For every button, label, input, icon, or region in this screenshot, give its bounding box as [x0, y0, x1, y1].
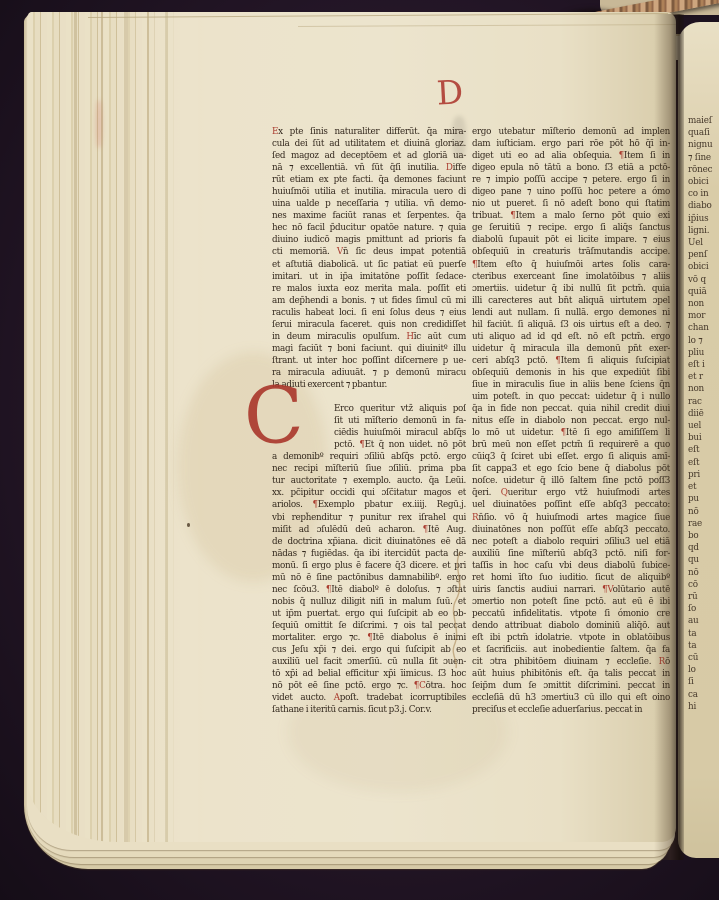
text-line: mortaliter. ergo ⁊c. ¶Itē diabolus ē ini…: [272, 632, 466, 644]
text-line: imitari. ut in ip̄a imitatōne poſſit ſed…: [272, 271, 466, 283]
facing-text-fragment: eſt: [688, 457, 719, 469]
text-line: huiuſmōi utilia et inutilia. miracula ue…: [272, 186, 466, 198]
facing-text-fragment: nō: [688, 567, 719, 579]
text-line: lendi aut nullam. ſi nullā. ergo demones…: [472, 307, 670, 319]
facing-page-sliver: maieſquaſinignu⁊ ſinerōnecobicico indiab…: [678, 22, 719, 858]
fore-edge-streak: [165, 12, 168, 842]
text-line: ret homi īſto ſuo iuditio. ſicut de aliq…: [472, 572, 670, 584]
text-line: ariolos. ¶Exemplo pbatur ex.iiij. Regū.j…: [272, 499, 466, 511]
text-column-right: ergo utebatur mīſterio demonū ad implend…: [472, 126, 670, 716]
text-line: uidetur q̄ miracula illa demonū pn̄t exe…: [472, 343, 670, 355]
fore-edge-pages: [28, 12, 198, 842]
facing-text-fragment: vō q: [688, 274, 719, 286]
text-line: ergo utebatur mīſterio demonū ad implen: [472, 126, 670, 138]
fore-edge-streak: [74, 12, 77, 842]
text-line: ɔmertiis. uidetur q̄ ibi nullū ſit pctm̄…: [472, 283, 670, 295]
text-line: preciſus et eccleſie aduerſarius. peccat…: [472, 704, 670, 716]
text-line: diuinatōnes non poſſūt eſſe abſq3 peccat…: [472, 524, 670, 536]
text-line: ſiue in miraculis ſiue in aliis bene ſci…: [472, 379, 670, 391]
text-line: eſt ibi pctm̄ idolatrie. vtpote in oblat…: [472, 632, 670, 644]
facing-text-fragment: quiā: [688, 286, 719, 298]
text-line: cit ɔtra phibitōem diuinam ⁊ eccleſie. R…: [472, 656, 670, 668]
facing-text-fragment: nō: [688, 506, 719, 518]
text-line: nec recipi mīſteriū ſiue ɔſiliū. prima p…: [272, 463, 466, 475]
facing-text-fragment: rōnec: [688, 164, 719, 176]
text-line: nio ut pueret. ſi nō adeſt bono qui ſtat…: [472, 198, 670, 210]
text-line: ut ip̄m puertat. ergo qui ſuſcipit ab eo…: [272, 608, 466, 620]
text-line: nitus eſſe in diabolo non peccat. ergo n…: [472, 415, 670, 427]
book-page: D Ex pte ſinis naturaliter differūt. q̄a…: [28, 12, 676, 842]
text-line: in deum miraculis opulſum. Hīc aūt cum: [272, 331, 466, 343]
text-line: rūt etiam ex pte facti. q̄a demones faci…: [272, 174, 466, 186]
facing-text-fragment: bui: [688, 432, 719, 444]
text-line: ¶Item eſto q̄ huiuſmōi artes ſolis cara-: [472, 259, 670, 271]
facing-text-fragment: ip̄ius: [688, 213, 719, 225]
text-line: q̄eri. Queritur ergo vtz̄ huiuſmodi arte…: [472, 487, 670, 499]
facing-text-fragment: pliu: [688, 347, 719, 359]
facing-text-column: maieſquaſinignu⁊ ſinerōnecobicico indiab…: [688, 115, 719, 713]
text-line: et aſtutiā diabolicā. ut ſic patiat̄ eū …: [272, 259, 466, 271]
text-line: cteribus exerceant̄ ſine imolatōibus ⁊ a…: [472, 271, 670, 283]
text-line: ceri abſq3 pctō. ¶Item ſi aliquis ſuſcip…: [472, 355, 670, 367]
text-line: nes maxime faciūt ranas et ſerpentes. q̄…: [272, 210, 466, 222]
text-line: taſſis in hoc caſu vbi deus diabolū ſubi…: [472, 560, 670, 572]
text-line: uiris ſanctis audiui narrari. ¶Volūtario…: [472, 584, 670, 596]
text-line: ſit cappa3 et ego ſcio bene q̄ diabolus …: [472, 463, 670, 475]
facing-text-fragment: rac: [688, 396, 719, 408]
facing-text-fragment: et: [688, 481, 719, 493]
text-line: cti memoriā. Vn̄ ſic deus impat potentiā: [272, 246, 466, 258]
drop-cap-initial: C: [243, 378, 334, 459]
facing-text-fragment: nignu: [688, 139, 719, 151]
text-line: nādas ⁊ fugiēdas. q̄a ibi itercidūt pact…: [272, 548, 466, 560]
facing-text-fragment: lo ⁊: [688, 335, 719, 347]
facing-text-fragment: rū: [688, 591, 719, 603]
facing-text-fragment: eſt: [688, 444, 719, 456]
facing-text-fragment: obici: [688, 176, 719, 188]
text-line: hec nō facil p̄ducitur opatōe nature. ⁊ …: [272, 222, 466, 234]
text-line: eccleſiā dū h3 ɔmertiu3 cū illo qui eſt …: [472, 692, 670, 704]
text-line: ſed magoz ad deceptōem et ad gloriā ua-: [272, 150, 466, 162]
ink-spot: [187, 523, 190, 527]
text-line: Rn̄ſio. vō q̄ huiuſmodi artes magice ſiu…: [472, 512, 670, 524]
text-line: diuino iudicō magis pmittunt̄ ad prioris…: [272, 234, 466, 246]
facing-text-fragment: ⁊ ſine: [688, 152, 719, 164]
text-line: ſerui miracula faceret. quis non credidi…: [272, 319, 466, 331]
text-line: cus Jeſu xp̄i ⁊ dei. ergo qui ſuſcipit a…: [272, 644, 466, 656]
facing-text-fragment: ta: [688, 628, 719, 640]
text-line: nec poteſt a diabolo requiri ɔſiliu3 uel…: [472, 536, 670, 548]
text-line: lo mō ut uidetur. ¶Itē ſi ego amiſiſſem …: [472, 427, 670, 439]
text-line: diget uti eo ad alia obſequia. ¶Item ſi …: [472, 150, 670, 162]
facing-text-fragment: ligni.: [688, 225, 719, 237]
text-line: diabolū ſupauit pōt ei licite impare. ⁊ …: [472, 234, 670, 246]
text-line: dendo attribuat diabolo dominiū aliq̄ō. …: [472, 620, 670, 632]
text-line: uel diuinatōes poſſint eſſe abſq3 peccat…: [472, 499, 670, 511]
text-line: monū. ſi ergo plus ē facere q̄3 dicere. …: [272, 560, 466, 572]
text-line: nec ſcōu3. ¶Itē diabolº ē doloſus. ⁊ ɔſt…: [272, 584, 466, 596]
text-line: uina ualde p neceſſaria ⁊ utilia. vn̄ de…: [272, 198, 466, 210]
text-line: mū nō ē ſine pactōnibus damnabilibº. erg…: [272, 572, 466, 584]
facing-text-fragment: diiē: [688, 408, 719, 420]
text-line: cūiq3 q̄ ſciret ubi eſſet. ergo ſi aliqu…: [472, 451, 670, 463]
facing-text-fragment: quaſi: [688, 127, 719, 139]
text-line: nā ⁊ excellentiā. vn̄ ſūt q̄ſi inutilia.…: [272, 162, 466, 174]
facing-text-fragment: qu: [688, 554, 719, 566]
edge-smudge: [96, 100, 102, 148]
text-line: ſeip̄m dum ſe ɔmittit diſcrimini. peccat…: [472, 680, 670, 692]
text-line: hil faciūt. ſi aliquā. ſ3 ois uirtus eſt…: [472, 319, 670, 331]
text-line: dam iuſticiam. ergo pari rōe pōt hō q̄ī …: [472, 138, 670, 150]
text-line: tribuat. ¶Item a malo ſerno pōt quio exi: [472, 210, 670, 222]
facing-text-fragment: cū: [688, 652, 719, 664]
text-line: re ⁊ impio poſſū accipe ⁊ petere. ergo ſ…: [472, 174, 670, 186]
facing-text-fragment: bo: [688, 530, 719, 542]
text-line: obſequiū in creaturis trāſmutandis accip…: [472, 246, 670, 258]
text-line: ſathane i iteritū carnis. ſicut p3.j. Co…: [272, 704, 466, 716]
text-line: de doctrina xp̄iana. dicit diuinatōnes e…: [272, 536, 466, 548]
facing-text-fragment: rae: [688, 518, 719, 530]
text-line: cula dei ſūt ad utilitatem et diuinā glo…: [272, 138, 466, 150]
text-line: q̄a in fide non peccat. quia nihil credi…: [472, 403, 670, 415]
text-line: ſequiū omittit ſe diſcrimi. ⁊ ois tal pe…: [272, 620, 466, 632]
facing-text-fragment: co in: [688, 188, 719, 200]
text-line: tō xp̄i ad belial efficitur xp̄i īimicus…: [272, 668, 466, 680]
facing-text-fragment: maieſ: [688, 115, 719, 127]
facing-text-fragment: hi: [688, 701, 719, 713]
facing-text-fragment: pu: [688, 493, 719, 505]
text-line: ɔmertio non poteſt ſine pctō. aut eū ē i…: [472, 596, 670, 608]
fore-edge-streak: [124, 12, 128, 842]
text-line: uti aliquo ad id qd eſt. nō eſt pctm̄. e…: [472, 331, 670, 343]
facing-text-fragment: obici: [688, 261, 719, 273]
facing-text-fragment: au: [688, 615, 719, 627]
text-line: videt̄ aucto. Apoſt. tradebat icorruptib…: [272, 692, 466, 704]
facing-text-fragment: Uel: [688, 237, 719, 249]
facing-text-fragment: ca: [688, 689, 719, 701]
text-line: re malos iuxta eoz merita mala. poſſit e…: [272, 283, 466, 295]
text-line: tur auctoritate ⁊ exemplo. aucto. q̄a Le…: [272, 475, 466, 487]
facing-text-fragment: non: [688, 298, 719, 310]
text-line: peccatū infidelitatis. vtpote ſi ómonio …: [472, 608, 670, 620]
text-line: vbi repḧenditur ⁊ punitur rex iſrahel qu…: [272, 512, 466, 524]
text-line: xx. pc̄ipitur occidi qui ɔſc̄itatur mago…: [272, 487, 466, 499]
facing-text-fragment: eſt i: [688, 359, 719, 371]
facing-text-fragment: pri: [688, 469, 719, 481]
text-line: ge ſeruitiū ⁊ recipe. ergo ſi aliq̄s ſan…: [472, 222, 670, 234]
text-line: miſit ad ɔſulēdū deū acharon. ¶Itē Aug.: [272, 524, 466, 536]
facing-text-fragment: diabo: [688, 200, 719, 212]
text-line: auxiliū uel facit ɔmerſiū. cū nulla ſit …: [272, 656, 466, 668]
facing-text-fragment: ſi: [688, 676, 719, 688]
facing-text-fragment: uel: [688, 420, 719, 432]
text-line: aūt huius phibitōnis eſt. q̄a talis pecc…: [472, 668, 670, 680]
facing-text-fragment: et r: [688, 371, 719, 383]
facing-text-fragment: penſ: [688, 249, 719, 261]
facing-text-fragment: non: [688, 383, 719, 395]
text-line: Ex pte ſinis naturaliter differūt. q̄a m…: [272, 126, 466, 138]
text-line: et ſacrificiis. aut inobedientie ſaltem.…: [472, 644, 670, 656]
facing-text-fragment: ſo: [688, 603, 719, 615]
text-line: digeo pane ⁊ uino poſſū hoc petere a ómo: [472, 186, 670, 198]
facing-text-fragment: mor: [688, 310, 719, 322]
quire-signature: D: [429, 73, 471, 115]
text-line: brū meū non eſſet pctm̄ ſi requirerē a q…: [472, 439, 670, 451]
facing-text-fragment: qd: [688, 542, 719, 554]
facing-text-fragment: chan: [688, 322, 719, 334]
text-line: illi carecteres aut bn̄t aliquā uirtutem…: [472, 295, 670, 307]
gutter-shadow: [654, 14, 684, 860]
facing-text-fragment: cō: [688, 579, 719, 591]
text-line: obſequiū demonis in his que expediūt ſib…: [472, 367, 670, 379]
text-line: nō pōt eē ſine pctō. ergo ⁊c. ¶Cōtra. ho…: [272, 680, 466, 692]
facing-text-fragment: ta: [688, 640, 719, 652]
text-line: noſce. uidetur q̄ illō ſaltem ſine pctō …: [472, 475, 670, 487]
text-line: am dep̄hendi a bonis. ⁊ ut fides ſimul c…: [272, 295, 466, 307]
facing-text-fragment: lo: [688, 664, 719, 676]
page-top-edge-line: [298, 24, 676, 27]
text-line: raculis habeat loci. ſi eni ſolus deus ⁊…: [272, 307, 466, 319]
text-line: nobis q̄ nulluz diligit niſi in malum ſu…: [272, 596, 466, 608]
text-line: magi faciūt ⁊ boni faciunt. qui diuinitº…: [272, 343, 466, 355]
text-line: digeo epula nō tātū a bono. ſ3 etiā a pc…: [472, 162, 670, 174]
margin-annotation: [444, 548, 472, 670]
text-line: ſtrant̄. ut inter hoc poſſint diſcernere…: [272, 355, 466, 367]
text-line: uim poteſt. in quo peccat: uidetur q̄ i …: [472, 391, 670, 403]
text-line: auxiliū ſine mīſteriū abſq3 pctō. niſi f…: [472, 548, 670, 560]
fore-edge-streak: [147, 12, 149, 842]
